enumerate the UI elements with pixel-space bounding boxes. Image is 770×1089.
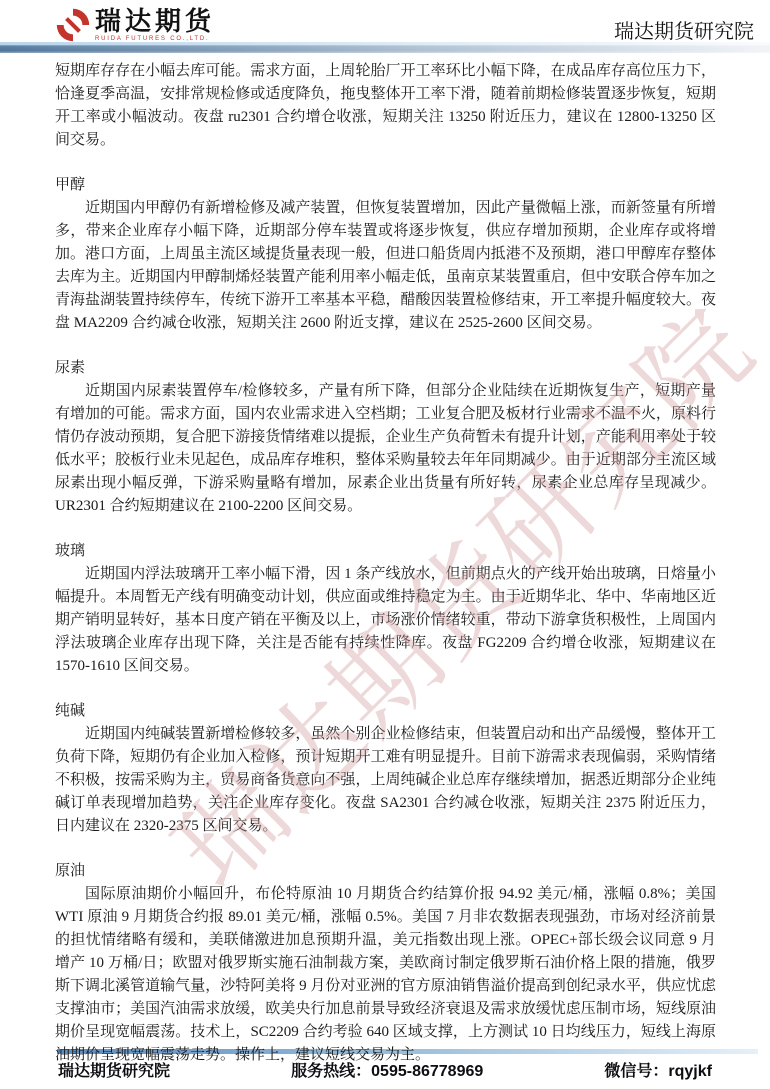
section-glass: 玻璃 近期国内浮法玻璃开工率小幅下滑，因 1 条产线放水，但前期点火的产线开始出…	[55, 540, 716, 678]
section-body: 近期国内尿素装置停车/检修较多，产量有所下降，但部分企业陆续在近期恢复生产，短期…	[55, 380, 716, 518]
section-methanol: 甲醇 近期国内甲醇仍有新增检修及减产装置，但恢复装置增加，因此产量微幅上涨，而新…	[55, 174, 716, 335]
section-body: 近期国内纯碱装置新增检修较多，虽然个别企业检修结束，但装置启动和出产品缓慢，整体…	[55, 723, 716, 838]
section-body: 近期国内浮法玻璃开工率小幅下滑，因 1 条产线放水，但前期点火的产线开始出玻璃，…	[55, 563, 716, 678]
page-header: 瑞达期货 RUIDA FUTURES CO.,LTD. 瑞达期货研究院	[55, 6, 754, 43]
section-title: 纯碱	[55, 700, 716, 723]
logo-text: 瑞达期货 RUIDA FUTURES CO.,LTD.	[95, 7, 215, 42]
section-soda-ash: 纯碱 近期国内纯碱装置新增检修较多，虽然个别企业检修结束，但装置启动和出产品缓慢…	[55, 700, 716, 838]
ruida-logo-icon	[55, 7, 91, 43]
section-body: 近期国内甲醇仍有新增检修及减产装置，但恢复装置增加，因此产量微幅上涨，而新签量有…	[55, 197, 716, 335]
institute-title: 瑞达期货研究院	[614, 21, 754, 43]
report-body: 短期库存存在小幅去库可能。需求方面，上周轮胎厂开工率环比小幅下降，在成品库存高位…	[55, 60, 716, 1067]
section-urea: 尿素 近期国内尿素装置停车/检修较多，产量有所下降，但部分企业陆续在近期恢复生产…	[55, 357, 716, 518]
section-crude-oil: 原油 国际原油期价小幅回升，布伦特原油 10 月期货合约结算价报 94.92 美…	[55, 860, 716, 1067]
section-title: 原油	[55, 860, 716, 883]
report-page: 瑞达期货 RUIDA FUTURES CO.,LTD. 瑞达期货研究院 瑞达期货…	[0, 0, 770, 1089]
company-logo: 瑞达期货 RUIDA FUTURES CO.,LTD.	[55, 7, 215, 43]
section-title: 甲醇	[55, 174, 716, 197]
section-title: 玻璃	[55, 540, 716, 563]
section-title: 尿素	[55, 357, 716, 380]
section-body: 国际原油期价小幅回升，布伦特原油 10 月期货合约结算价报 94.92 美元/桶…	[55, 883, 716, 1067]
header-divider-bar	[0, 42, 770, 53]
logo-company-name: 瑞达期货	[95, 7, 215, 35]
intro-paragraph: 短期库存存在小幅去库可能。需求方面，上周轮胎厂开工率环比小幅下降，在成品库存高位…	[55, 60, 716, 152]
